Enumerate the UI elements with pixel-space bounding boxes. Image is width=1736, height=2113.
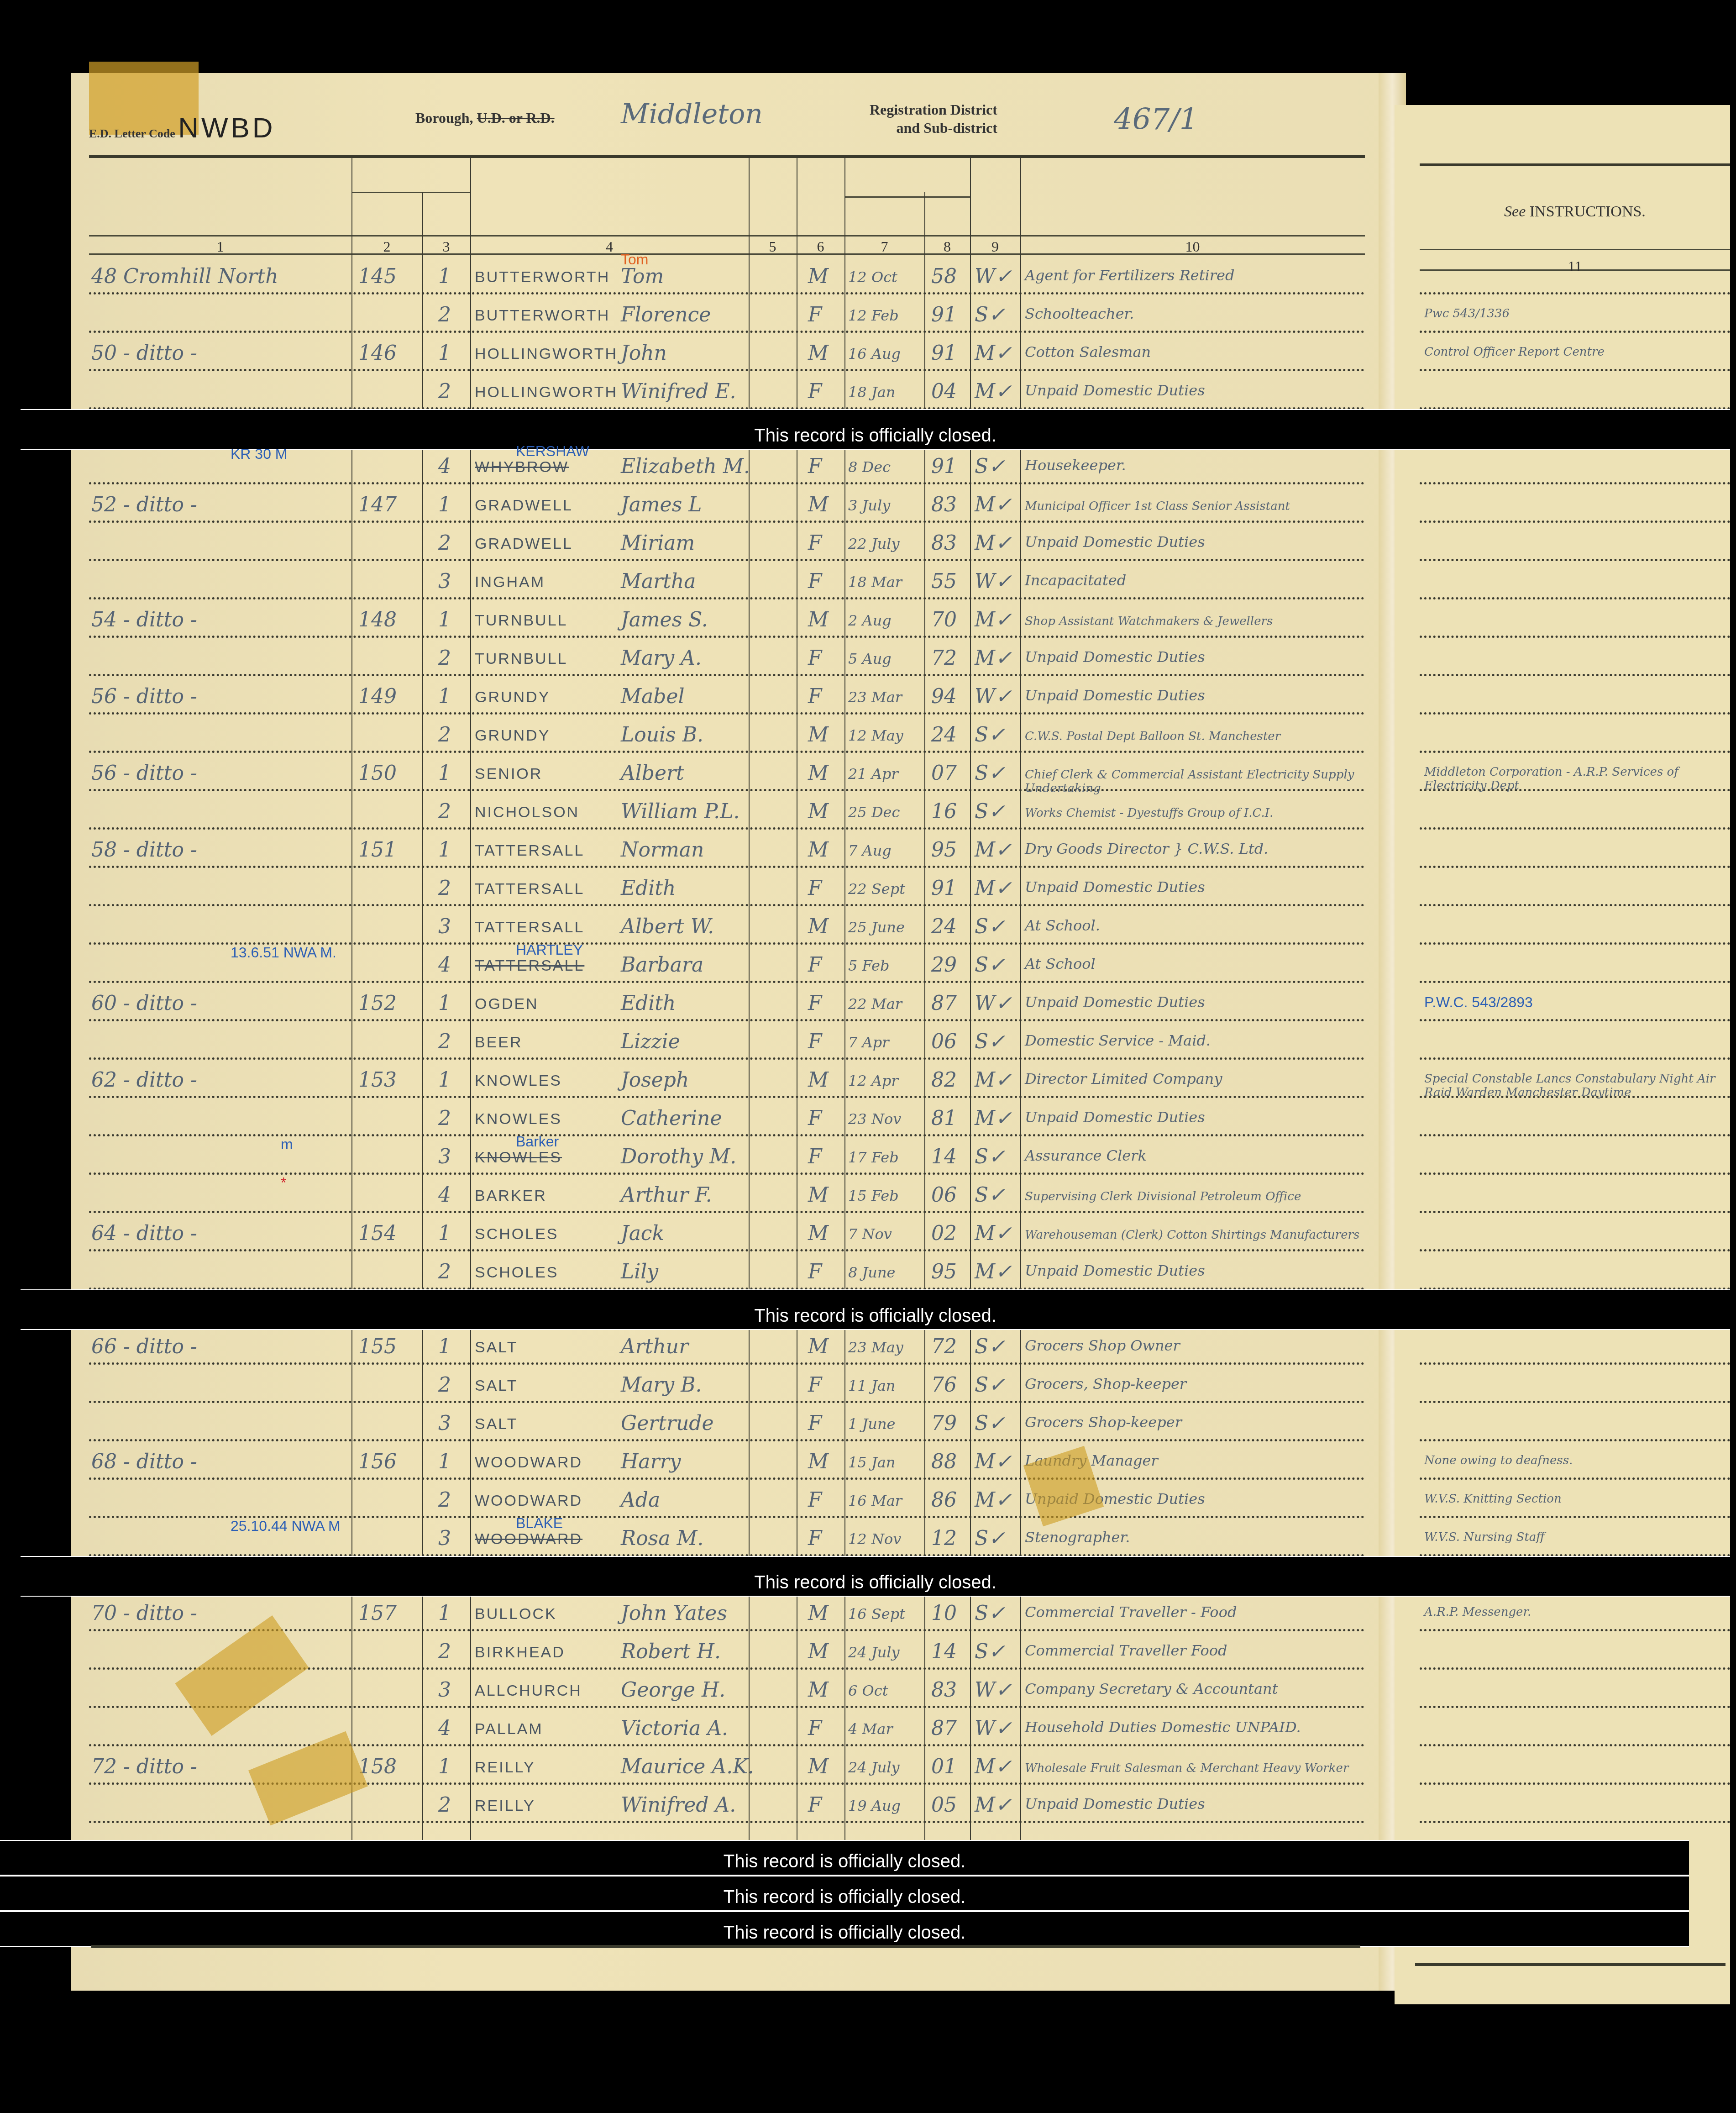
- row-rule: [89, 751, 1365, 753]
- row-birth-day: 7 Apr: [848, 1034, 889, 1051]
- row-forename: Norman: [621, 838, 704, 862]
- row-sub-no: 3: [438, 1678, 451, 1702]
- row-sex: M: [808, 265, 829, 288]
- row-address: 54 - ditto -: [91, 608, 197, 631]
- row-rule: [89, 1096, 1365, 1098]
- row-sub-no: 2: [438, 303, 451, 326]
- row-sex: M: [808, 915, 829, 938]
- column-number: 2: [351, 238, 422, 255]
- row-note: Control Officer Report Centre: [1424, 345, 1726, 359]
- row-schedule-no: 153: [358, 1068, 397, 1092]
- row-surname: BUTTERWORTH: [475, 307, 610, 325]
- row-surname: BULLOCK: [475, 1605, 557, 1623]
- row-sub-no: 1: [438, 1222, 451, 1245]
- row-schedule-no: 145: [358, 265, 397, 288]
- row-surname: TATTERSALL: [475, 880, 584, 898]
- row-occupation: Unpaid Domestic Duties: [1025, 1110, 1360, 1124]
- row-marital-status: M✓: [975, 647, 1012, 670]
- row-address: 70 - ditto -: [91, 1602, 197, 1625]
- row-forename-amended: Tom: [621, 251, 648, 268]
- row-birth-day: 22 July: [848, 535, 900, 552]
- row-surname: SALT: [475, 1377, 518, 1395]
- row-birth-day: 22 Mar: [848, 995, 902, 1013]
- row-schedule-no: 148: [358, 608, 397, 631]
- row-forename: Robert H.: [621, 1640, 721, 1663]
- row-sex: F: [808, 1412, 822, 1435]
- column-number: 1: [89, 238, 351, 255]
- row-sex: F: [808, 1527, 822, 1550]
- row-birth-year: 14: [931, 1640, 957, 1663]
- row-rule-right: [1420, 520, 1730, 523]
- row-surname: INGHAM: [475, 573, 545, 591]
- row-birth-year: 83: [931, 531, 957, 555]
- row-forename: Edith: [621, 992, 676, 1015]
- row-sex: M: [808, 838, 829, 862]
- row-rule-right: [1420, 1362, 1730, 1365]
- row-surname: TURNBULL: [475, 612, 567, 630]
- borough-struck-text: U.D. or R.D.: [477, 110, 555, 126]
- row-birth-year: 72: [931, 1335, 957, 1358]
- row-forename: Dorothy M.: [621, 1145, 736, 1168]
- row-birth-year: 95: [931, 1260, 957, 1283]
- row-forename: Lizzie: [621, 1030, 680, 1053]
- row-sub-no: 1: [438, 762, 451, 785]
- row-birth-year: 07: [931, 762, 957, 785]
- row-marital-status: S✓: [975, 455, 1005, 478]
- header-rule: [89, 155, 1365, 158]
- row-birth-day: 12 May: [848, 727, 903, 744]
- row-occupation: Unpaid Domestic Duties: [1025, 535, 1360, 549]
- row-marital-status: M✓: [975, 877, 1012, 900]
- ed-letter-code-label: E.D. Letter Code: [89, 127, 175, 140]
- row-rule-right: [1420, 1706, 1730, 1708]
- row-forename: George H.: [621, 1678, 725, 1702]
- row-occupation: Unpaid Domestic Duties: [1025, 1264, 1360, 1277]
- row-surname: SALT: [475, 1415, 518, 1433]
- row-occupation: Wholesale Fruit Salesman & Merchant Heav…: [1025, 1761, 1360, 1775]
- row-marital-status: M✓: [975, 493, 1012, 516]
- row-birth-year: 01: [931, 1755, 957, 1778]
- footer-rule: [91, 1945, 1360, 1948]
- row-address: 72 - ditto -: [91, 1755, 197, 1778]
- column-number: 3: [422, 238, 470, 255]
- row-birth-day: 8 June: [848, 1264, 896, 1281]
- row-annotation: m: [281, 1136, 293, 1153]
- row-occupation: Unpaid Domestic Duties: [1025, 650, 1360, 664]
- row-rule-right: [1420, 942, 1730, 945]
- row-marital-status: S✓: [975, 800, 1005, 823]
- row-birth-day: 17 Feb: [848, 1149, 899, 1166]
- row-marital-status: S✓: [975, 1602, 1005, 1625]
- row-birth-day: 4 Mar: [848, 1720, 893, 1738]
- row-birth-day: 18 Jan: [848, 384, 895, 401]
- row-sub-no: 1: [438, 1450, 451, 1473]
- closed-record-text: This record is officially closed.: [0, 1887, 1689, 1908]
- row-forename: Mary B.: [621, 1373, 702, 1397]
- row-marital-status: W✓: [975, 570, 1012, 593]
- row-birth-year: 12: [931, 1527, 957, 1550]
- row-forename: John: [621, 342, 667, 365]
- row-occupation: Commercial Traveller Food: [1025, 1644, 1360, 1657]
- column-head-rule: [89, 235, 1365, 237]
- column-number: 6: [797, 238, 844, 255]
- row-occupation: Unpaid Domestic Duties: [1025, 689, 1360, 702]
- row-rule: [89, 520, 1365, 523]
- row-sub-no: 2: [438, 877, 451, 900]
- see-text: See: [1504, 203, 1526, 220]
- row-marital-status: W✓: [975, 992, 1012, 1015]
- row-marital-status: S✓: [975, 723, 1005, 746]
- closed-record-banner: This record is officially closed.: [0, 1876, 1689, 1911]
- row-schedule-no: 155: [358, 1335, 397, 1358]
- row-sex: M: [808, 762, 829, 785]
- row-marital-status: M✓: [975, 342, 1012, 365]
- row-sex: F: [808, 685, 822, 708]
- instructions-text: INSTRUCTIONS.: [1530, 203, 1646, 220]
- row-occupation: Company Secretary & Accountant: [1025, 1682, 1360, 1696]
- row-birth-day: 16 Mar: [848, 1492, 902, 1509]
- row-surname-amended: KERSHAW: [516, 443, 589, 460]
- row-rule: [89, 827, 1365, 830]
- row-sub-no: 3: [438, 1412, 451, 1435]
- row-sub-no: 1: [438, 1335, 451, 1358]
- row-occupation: C.W.S. Postal Dept Balloon St. Mancheste…: [1025, 730, 1360, 743]
- row-sub-no: 2: [438, 1373, 451, 1397]
- row-rule: [89, 1401, 1365, 1403]
- row-sub-no: 4: [438, 1717, 451, 1740]
- row-forename: Mabel: [621, 685, 685, 708]
- row-birth-year: 83: [931, 493, 957, 516]
- column-head-rule-right: [1420, 249, 1730, 250]
- row-forename: James L: [621, 493, 702, 516]
- row-occupation: Director Limited Company: [1025, 1072, 1360, 1086]
- row-birth-day: 16 Sept: [848, 1605, 905, 1623]
- row-birth-day: 12 Feb: [848, 307, 899, 324]
- row-occupation: Unpaid Domestic Duties: [1025, 995, 1360, 1009]
- row-sex: F: [808, 303, 822, 326]
- row-rule-right: [1420, 866, 1730, 868]
- row-note: Middleton Corporation - A.R.P. Services …: [1424, 765, 1726, 793]
- row-sex: M: [808, 1183, 829, 1207]
- row-sex: M: [808, 1222, 829, 1245]
- row-sex: F: [808, 1373, 822, 1397]
- row-birth-year: 72: [931, 647, 957, 670]
- row-sub-no: 1: [438, 265, 451, 288]
- row-rule-right: [1420, 331, 1730, 333]
- row-surname: TATTERSALL: [475, 957, 584, 975]
- row-address: 52 - ditto -: [91, 493, 197, 516]
- row-sub-no: 2: [438, 1640, 451, 1663]
- row-rule-right: [1420, 1211, 1730, 1213]
- row-note: W.V.S. Nursing Staff: [1424, 1530, 1726, 1544]
- row-sub-no: 1: [438, 1755, 451, 1778]
- reg-label-1: Registration District: [870, 100, 997, 119]
- row-surname: BUTTERWORTH: [475, 268, 610, 286]
- row-birth-day: 21 Apr: [848, 765, 898, 783]
- row-address: 66 - ditto -: [91, 1335, 197, 1358]
- row-rule-right: [1420, 1629, 1730, 1631]
- row-occupation: Domestic Service - Maid.: [1025, 1034, 1360, 1047]
- row-schedule-no: 146: [358, 342, 397, 365]
- row-birth-day: 7 Aug: [848, 842, 892, 859]
- row-forename: William P.L.: [621, 800, 740, 823]
- row-surname: BARKER: [475, 1187, 547, 1205]
- row-surname: SENIOR: [475, 765, 542, 783]
- row-rule-right: [1420, 1477, 1730, 1480]
- row-annotation: *: [281, 1174, 286, 1191]
- row-marital-status: M✓: [975, 1222, 1012, 1245]
- row-marital-status: S✓: [975, 1183, 1005, 1207]
- row-rule: [89, 1477, 1365, 1480]
- column-number: 10: [1020, 238, 1365, 255]
- row-sex: F: [808, 992, 822, 1015]
- row-birth-year: 87: [931, 1717, 957, 1740]
- row-surname: REILLY: [475, 1797, 535, 1815]
- row-schedule-no: 152: [358, 992, 397, 1015]
- row-rule-right: [1420, 369, 1730, 371]
- row-occupation: Schoolteacher.: [1025, 307, 1360, 321]
- row-birth-day: 12 Oct: [848, 268, 897, 286]
- row-occupation: Supervising Clerk Divisional Petroleum O…: [1025, 1190, 1360, 1204]
- row-sub-no: 1: [438, 685, 451, 708]
- row-marital-status: M✓: [975, 1793, 1012, 1817]
- closed-record-text: This record is officially closed.: [0, 1851, 1689, 1872]
- row-sex: F: [808, 1488, 822, 1512]
- reg-label-2: and Sub-district: [870, 119, 997, 137]
- row-birth-day: 3 July: [848, 497, 890, 514]
- row-sex: F: [808, 570, 822, 593]
- row-occupation: Cotton Salesman: [1025, 345, 1360, 359]
- row-marital-status: M✓: [975, 1068, 1012, 1092]
- row-birth-day: 15 Feb: [848, 1187, 899, 1204]
- closed-record-text: This record is officially closed.: [21, 426, 1730, 446]
- row-occupation: Chief Clerk & Commercial Assistant Elect…: [1025, 768, 1360, 795]
- column-number: 7: [844, 238, 924, 255]
- row-address: 62 - ditto -: [91, 1068, 197, 1092]
- row-marital-status: S✓: [975, 762, 1005, 785]
- row-rule-right: [1420, 1439, 1730, 1441]
- row-occupation: Household Duties Domestic UNPAID.: [1025, 1720, 1360, 1734]
- closed-record-banner: This record is officially closed.: [21, 1556, 1730, 1597]
- row-sub-no: 1: [438, 838, 451, 862]
- row-occupation: Housekeeper.: [1025, 458, 1360, 472]
- header-rule-right: [1420, 163, 1730, 166]
- row-rule-right: [1420, 1134, 1730, 1136]
- closed-record-text: This record is officially closed.: [21, 1572, 1730, 1593]
- row-marital-status: M✓: [975, 838, 1012, 862]
- row-marital-status: W✓: [975, 685, 1012, 708]
- row-birth-day: 22 Sept: [848, 880, 905, 898]
- row-surname-amended: Barker: [516, 1133, 559, 1150]
- row-marital-status: M✓: [975, 531, 1012, 555]
- row-note: A.R.P. Messenger.: [1424, 1605, 1726, 1619]
- row-occupation: Shop Assistant Watchmakers & Jewellers: [1025, 615, 1360, 628]
- column-number: 4: [470, 238, 749, 255]
- row-rule-right: [1420, 597, 1730, 599]
- row-annotation: 13.6.51 NWA M.: [231, 944, 336, 961]
- borough-label-text: Borough,: [415, 110, 473, 126]
- row-marital-status: S✓: [975, 1373, 1005, 1397]
- row-birth-year: 91: [931, 877, 957, 900]
- row-rule: [89, 981, 1365, 983]
- row-marital-status: M✓: [975, 1107, 1012, 1130]
- row-rule: [89, 1439, 1365, 1441]
- row-rule-right: [1420, 1744, 1730, 1746]
- row-schedule-no: 150: [358, 762, 397, 785]
- row-surname: GRUNDY: [475, 727, 550, 745]
- row-occupation: Unpaid Domestic Duties: [1025, 1797, 1360, 1811]
- row-rule: [89, 369, 1365, 371]
- row-birth-day: 12 Apr: [848, 1072, 898, 1089]
- row-note: Special Constable Lancs Constabulary Nig…: [1424, 1072, 1726, 1099]
- row-address: 58 - ditto -: [91, 838, 197, 862]
- register-page-right: [1395, 105, 1730, 2004]
- row-rule-right: [1420, 751, 1730, 753]
- row-birth-year: 06: [931, 1030, 957, 1053]
- row-sub-no: 1: [438, 342, 451, 365]
- row-birth-day: 5 Aug: [848, 650, 892, 668]
- row-note: Pwc 543/1336: [1424, 307, 1726, 321]
- birth-sub-rule: [844, 196, 970, 198]
- row-sub-no: 2: [438, 1107, 451, 1130]
- row-birth-year: 24: [931, 915, 957, 938]
- row-rule: [89, 1019, 1365, 1021]
- row-forename: Rosa M.: [621, 1527, 703, 1550]
- row-birth-year: 05: [931, 1793, 957, 1817]
- row-sex: F: [808, 531, 822, 555]
- row-schedule-no: 147: [358, 493, 397, 516]
- row-forename: Winifred E.: [621, 380, 736, 403]
- row-surname: WOODWARD: [475, 1530, 582, 1548]
- row-sub-no: 2: [438, 1030, 451, 1053]
- row-sub-no: 2: [438, 647, 451, 670]
- registration-district-label: Registration District and Sub-district: [870, 100, 997, 137]
- row-forename: Lily: [621, 1260, 658, 1283]
- row-rule-right: [1420, 636, 1730, 638]
- closed-record-banner: This record is officially closed.: [0, 1911, 1689, 1947]
- row-sub-no: 2: [438, 531, 451, 555]
- row-rule-right: [1420, 981, 1730, 983]
- row-rule: [89, 866, 1365, 868]
- ed-letter-code: E.D. Letter Code NWBD: [89, 112, 276, 144]
- row-occupation: Grocers, Shop-keeper: [1025, 1377, 1360, 1391]
- row-address: 68 - ditto -: [91, 1450, 197, 1473]
- row-rule-right: [1420, 1782, 1730, 1785]
- row-forename: Arthur F.: [621, 1183, 712, 1207]
- row-birth-year: 14: [931, 1145, 957, 1168]
- row-sub-no: 2: [438, 723, 451, 746]
- row-sub-no: 1: [438, 493, 451, 516]
- row-forename: Edith: [621, 877, 676, 900]
- row-rule: [89, 904, 1365, 906]
- row-marital-status: M✓: [975, 1450, 1012, 1473]
- row-schedule-no: 157: [358, 1602, 397, 1625]
- row-birth-year: 04: [931, 380, 957, 403]
- row-birth-year: 91: [931, 455, 957, 478]
- row-surname: REILLY: [475, 1759, 535, 1777]
- row-address: 56 - ditto -: [91, 685, 197, 708]
- row-address: 48 Cromhill North: [91, 265, 278, 288]
- row-rule: [89, 636, 1365, 638]
- row-birth-day: 23 Mar: [848, 689, 902, 706]
- row-birth-year: 06: [931, 1183, 957, 1207]
- column-number: 8: [924, 238, 970, 255]
- row-birth-day: 19 Aug: [848, 1797, 901, 1814]
- row-marital-status: M✓: [975, 608, 1012, 631]
- row-birth-day: 7 Nov: [848, 1225, 892, 1243]
- column-number: 11: [1420, 258, 1730, 275]
- row-birth-day: 23 May: [848, 1339, 903, 1356]
- row-birth-year: 91: [931, 342, 957, 365]
- row-birth-year: 94: [931, 685, 957, 708]
- row-birth-year: 24: [931, 723, 957, 746]
- row-rule: [89, 674, 1365, 676]
- row-birth-year: 02: [931, 1222, 957, 1245]
- row-sub-no: 2: [438, 1260, 451, 1283]
- row-surname: KNOWLES: [475, 1072, 562, 1090]
- row-sex: M: [808, 800, 829, 823]
- registration-district-value: 467/1: [1114, 103, 1198, 137]
- row-occupation: Municipal Officer 1st Class Senior Assis…: [1025, 499, 1360, 513]
- schedule-sub-rule: [351, 192, 470, 193]
- borough-value: Middleton: [621, 98, 763, 130]
- row-marital-status: M✓: [975, 1488, 1012, 1512]
- row-forename: Tom: [621, 265, 664, 288]
- row-surname: HOLLINGWORTH: [475, 345, 618, 363]
- row-birth-day: 5 Feb: [848, 957, 889, 974]
- row-sex: F: [808, 1145, 822, 1168]
- closed-record-text: This record is officially closed.: [21, 1306, 1730, 1326]
- borough-label: Borough, U.D. or R.D.: [415, 110, 555, 126]
- footer-rule-right: [1415, 1963, 1726, 1966]
- row-sub-no: 1: [438, 1068, 451, 1092]
- row-marital-status: S✓: [975, 1030, 1005, 1053]
- row-forename: John Yates: [621, 1602, 727, 1625]
- row-occupation: Works Chemist - Dyestuffs Group of I.C.I…: [1025, 806, 1360, 820]
- row-rule: [89, 1706, 1365, 1708]
- closed-record-text: This record is officially closed.: [0, 1923, 1689, 1943]
- row-sex: M: [808, 1450, 829, 1473]
- row-sex: F: [808, 1717, 822, 1740]
- row-rule: [89, 597, 1365, 599]
- row-birth-day: 25 June: [848, 919, 905, 936]
- row-marital-status: S✓: [975, 915, 1005, 938]
- row-birth-year: 70: [931, 608, 957, 631]
- row-sex: M: [808, 723, 829, 746]
- row-forename: Maurice A.K.: [621, 1755, 754, 1778]
- row-surname: TATTERSALL: [475, 919, 584, 936]
- row-rule: [89, 1057, 1365, 1060]
- row-occupation: Grocers Shop Owner: [1025, 1339, 1360, 1352]
- closed-record-banner: This record is officially closed.: [21, 1289, 1730, 1330]
- row-forename: Ada: [621, 1488, 660, 1512]
- row-occupation: Grocers Shop-keeper: [1025, 1415, 1360, 1429]
- row-rule-right: [1420, 1401, 1730, 1403]
- row-schedule-no: 156: [358, 1450, 397, 1473]
- row-rule: [89, 482, 1365, 484]
- row-annotation: KR 30 M: [231, 446, 287, 463]
- row-sub-no: 1: [438, 608, 451, 631]
- row-marital-status: S✓: [975, 303, 1005, 326]
- row-sub-no: 4: [438, 455, 451, 478]
- row-sex: F: [808, 877, 822, 900]
- row-surname: WHYBROW: [475, 458, 569, 476]
- row-occupation: Incapacitated: [1025, 573, 1360, 587]
- row-address: 56 - ditto -: [91, 762, 197, 785]
- row-forename: Victoria A.: [621, 1717, 728, 1740]
- row-birth-year: 86: [931, 1488, 957, 1512]
- row-rule-right: [1420, 1249, 1730, 1251]
